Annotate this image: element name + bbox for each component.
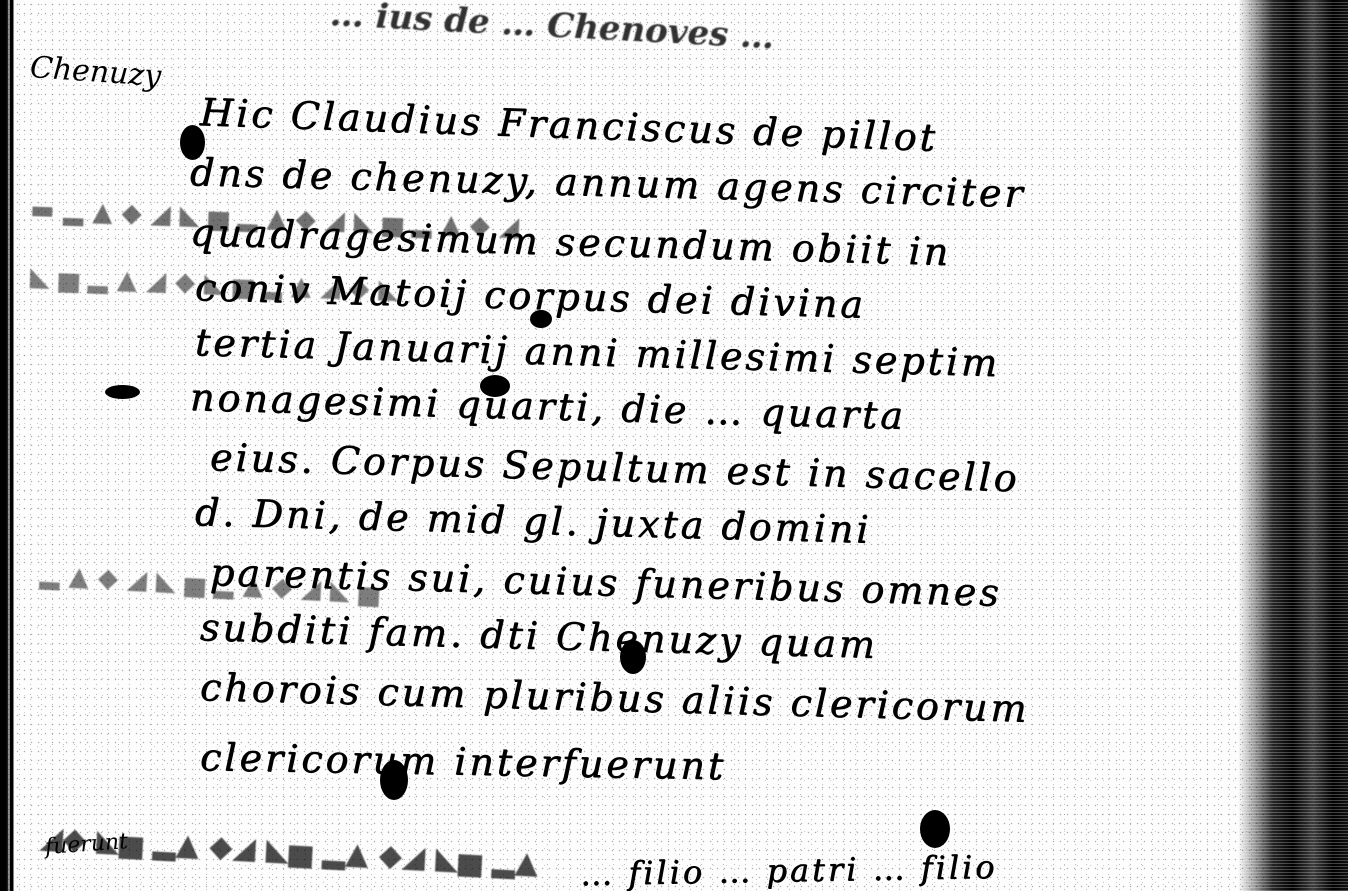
entry-line-7: eius. Corpus Sepultum est in sacello	[209, 435, 1020, 500]
binding-gutter-shadow	[1238, 0, 1348, 891]
entry-line-3: quadragesimum secundum obiit in	[189, 210, 951, 274]
bleed-through-top: … ius de … Chenoves …	[329, 0, 775, 57]
entry-line-11: chorois cum pluribus aliis clericorum	[199, 665, 1030, 731]
page-left-edge	[0, 0, 14, 891]
entry-line-6: nonagesimi quarti, die … quarta	[189, 375, 906, 438]
entry-line-4: coniv Matoij corpus dei divina	[194, 265, 866, 327]
margin-note-place-name: Chenuzy	[29, 50, 163, 94]
manuscript-page: … ius de … Chenoves … ▬ ▂ ▲ ◆ ◢ ◣ ▅ ▂ ▲ …	[0, 0, 1348, 891]
ink-blot	[105, 385, 140, 399]
entry-partial-bottom-line: … filio … patri … filio	[580, 848, 998, 891]
entry-line-12: clericorum interfuerunt	[200, 735, 727, 788]
ink-blot	[920, 810, 950, 848]
entry-line-10: subditi fam. dti Chenuzy quam	[199, 605, 878, 667]
entry-line-1: Hic Claudius Franciscus de pillot	[199, 90, 938, 160]
entry-line-5: tertia Januarij anni millesimi septim	[194, 320, 1000, 385]
entry-line-8: d. Dni, de mid gl. juxta domini	[194, 490, 871, 552]
